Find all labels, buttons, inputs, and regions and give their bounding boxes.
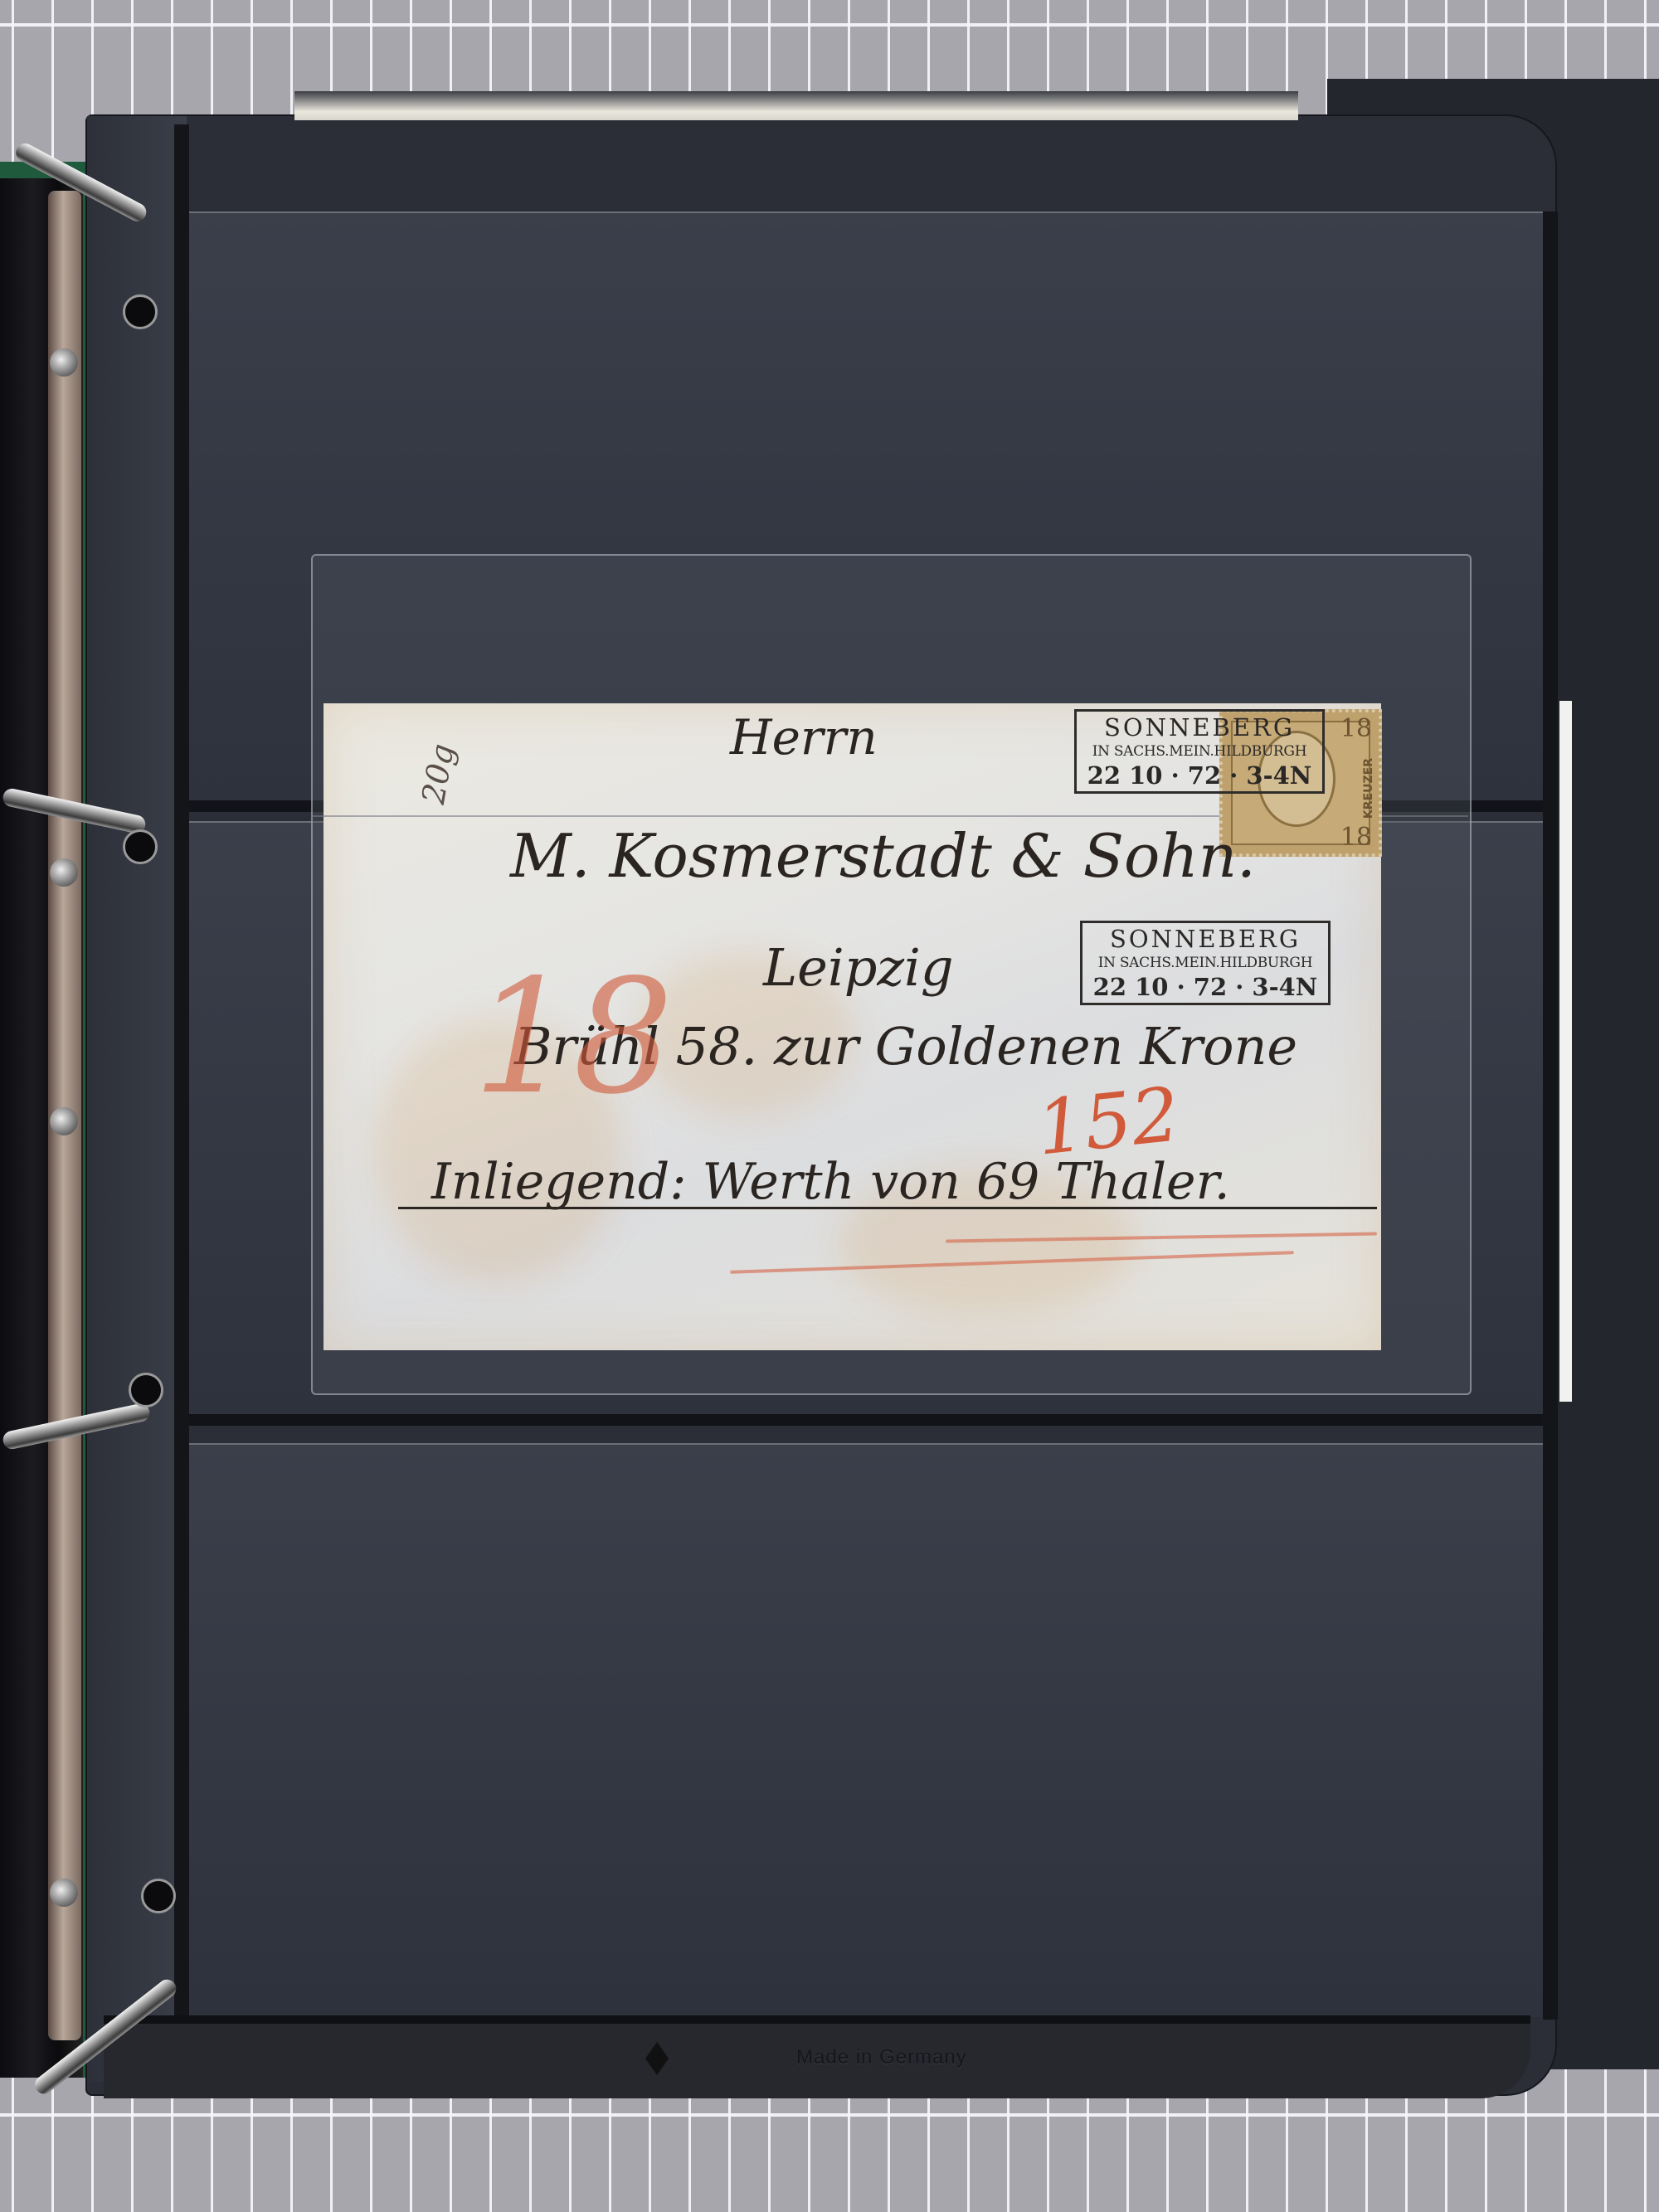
strip-divider — [187, 1414, 1551, 1426]
footer-made-in: Made in Germany — [796, 2046, 967, 2069]
salutation: Herrn — [730, 709, 878, 766]
punch-hole-icon — [141, 1879, 176, 1913]
stamp-denomination: KREUZER — [1362, 758, 1375, 819]
rivet-icon — [50, 858, 78, 887]
postmark-date: 22 10 · 72 · 3-4N — [1089, 973, 1321, 1001]
addressee: M. Kosmerstadt & Sohn. — [510, 821, 1256, 891]
red-crayon-number: 152 — [1033, 1071, 1184, 1172]
vertical-divider — [1543, 211, 1558, 2020]
rivet-icon — [50, 348, 78, 377]
postmark-region: IN SACHS.MEIN.HILDBURGH — [1083, 741, 1316, 761]
postmark-town: SONNEBERG — [1089, 925, 1321, 953]
postmark-2: SONNEBERG IN SACHS.MEIN.HILDBURGH 22 10 … — [1080, 921, 1331, 1005]
city: Leipzig — [763, 937, 954, 998]
punch-hole-icon — [123, 294, 158, 329]
punch-hole-icon — [129, 1373, 163, 1407]
rivet-icon — [50, 1879, 78, 1907]
stamp-value-top: 18 — [1340, 714, 1372, 743]
underline — [398, 1207, 1377, 1209]
postmark-town: SONNEBERG — [1083, 713, 1316, 741]
vertical-divider — [174, 124, 189, 2049]
stamp-value-bottom: 18 — [1340, 823, 1372, 852]
postmark-date: 22 10 · 72 · 3-4N — [1083, 761, 1316, 790]
page-top-insert — [294, 91, 1298, 120]
postmark-1: SONNEBERG IN SACHS.MEIN.HILDBURGH 22 10 … — [1074, 709, 1325, 794]
page-binding-margin — [87, 116, 187, 2082]
white-tab-edge — [1559, 701, 1572, 1402]
red-crayon-mark: 18 — [473, 946, 674, 1129]
rivet-icon — [50, 1107, 78, 1135]
punch-hole-icon — [123, 829, 158, 864]
postmark-region: IN SACHS.MEIN.HILDBURGH — [1089, 953, 1321, 973]
pocket-strip-bottom — [187, 1443, 1551, 2017]
